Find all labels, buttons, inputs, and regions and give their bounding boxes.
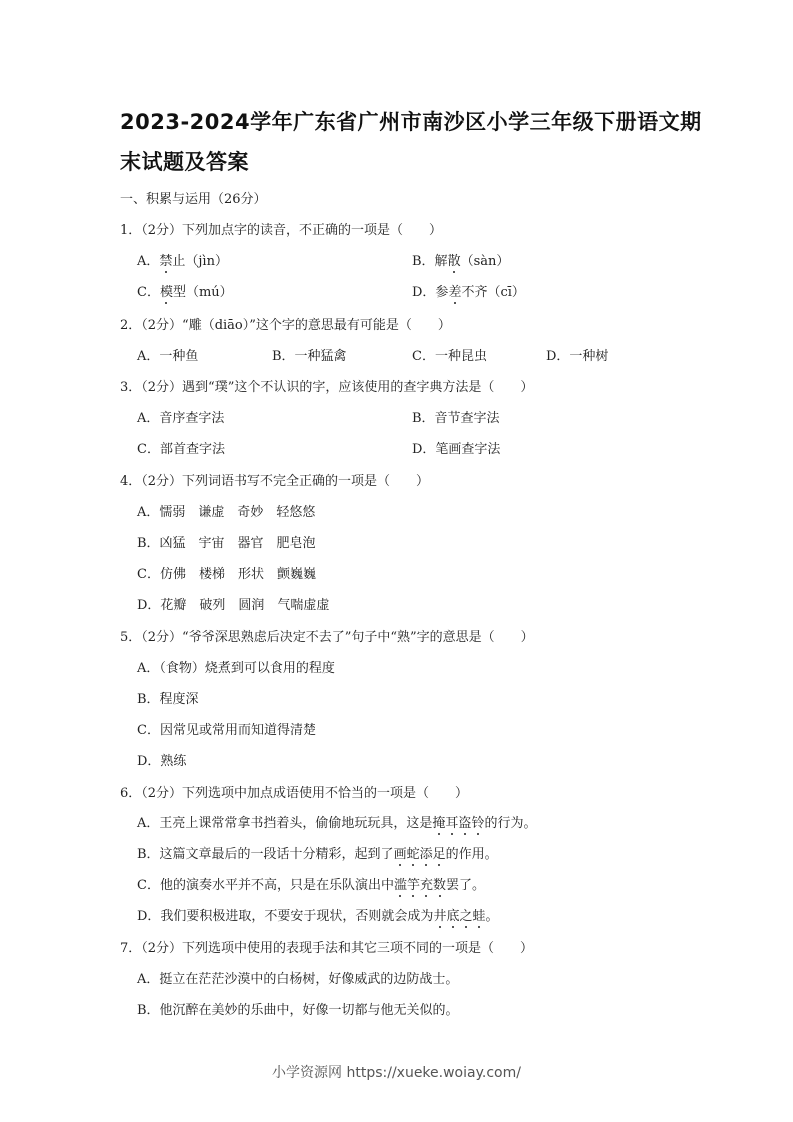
dotted-char: 画 [394, 847, 407, 862]
question-5-option-c: C．因常见或常用而知道得清楚 [137, 719, 316, 738]
question-1-option-a: A．禁止（jìn） [137, 250, 228, 269]
question-6-option-b: B．这篇文章最后的一段话十分精彩，起到了画蛇添足的作用。 [137, 843, 498, 862]
question-2-option-d: D．一种树 [546, 345, 608, 364]
question-5-stem: 5．（2分）“爷爷深思熟虑后决定不去了”句子中“熟”字的意思是（ ） [120, 626, 534, 645]
question-4-option-c: C．仿佛 楼梯 形状 颤巍巍 [137, 563, 316, 582]
question-2-option-c: C．一种昆虫 [412, 345, 487, 364]
dotted-char: 滥 [394, 878, 407, 893]
dotted-char: 蛇 [407, 847, 420, 862]
dotted-idiom: 掩耳盗铃 [432, 816, 484, 831]
option-suffix: 型（mú） [173, 285, 233, 300]
dotted-char: 耳 [445, 816, 458, 831]
dotted-char: 禁 [159, 254, 172, 269]
document-title-line1: 2023-2024学年广东省广州市南沙区小学三年级下册语文期 [120, 106, 690, 136]
question-4-stem: 4．（2分）下列词语书写不完全正确的一项是（ ） [120, 470, 429, 489]
question-7-option-b: B．他沉醉在美妙的乐曲中，好像一切都与他无关似的。 [137, 999, 459, 1018]
question-6-option-c: C．他的演奏水平并不高，只是在乐队演出中滥竽充数罢了。 [137, 874, 485, 893]
dotted-char: 充 [420, 878, 433, 893]
dotted-char: 添 [420, 847, 433, 862]
option-prefix: D．参 [412, 285, 448, 300]
option-suffix: （sàn） [461, 254, 510, 269]
dotted-char: 足 [433, 847, 446, 862]
dotted-char: 蛙 [472, 909, 485, 924]
option-suffix: 的行为。 [484, 816, 536, 831]
question-3-option-a: A．音序查字法 [137, 407, 224, 426]
dotted-idiom: 画蛇添足 [394, 847, 446, 862]
option-prefix: A．王亮上课常常拿书挡着头，偷偷地玩玩具，这是 [137, 816, 432, 831]
option-prefix: B．这篇文章最后的一段话十分精彩，起到了 [137, 847, 394, 862]
question-3-stem: 3．（2分）遇到“璞”这个不认识的字，应该使用的查字典方法是（ ） [120, 376, 533, 395]
question-2-stem: 2．（2分）“雕（diāo）”这个字的意思最有可能是（ ） [120, 314, 451, 333]
question-7-option-a: A．挺立在茫茫沙漠中的白杨树，好像威武的边防战士。 [137, 968, 458, 987]
section-heading: 一、积累与运用（26分） [120, 188, 267, 207]
option-prefix: B．解 [412, 254, 448, 269]
option-suffix: 止（jìn） [172, 254, 228, 269]
option-prefix: D．我们要积极进取，不要安于现状，否则就会成为 [137, 909, 433, 924]
dotted-char: 差 [448, 285, 461, 300]
question-5-option-a: A．（食物）烧煮到可以食用的程度 [137, 657, 335, 676]
question-4-option-b: B．凶猛 宇宙 器官 肥皂泡 [137, 532, 316, 551]
question-5-option-d: D．熟练 [137, 750, 186, 769]
option-suffix: 。 [486, 909, 499, 924]
question-4-option-d: D．花瓣 破列 圆润 气喘虚虚 [137, 594, 329, 613]
document-page: 2023-2024学年广东省广州市南沙区小学三年级下册语文期 末试题及答案 一、… [0, 0, 793, 1122]
dotted-char: 井 [433, 909, 446, 924]
document-title-line2: 末试题及答案 [120, 146, 690, 176]
option-suffix: 的作用。 [446, 847, 498, 862]
dotted-char: 数 [433, 878, 446, 893]
dotted-char: 模 [160, 285, 173, 300]
question-3-option-b: B．音节查字法 [412, 407, 500, 426]
question-3-option-c: C．部首查字法 [137, 438, 225, 457]
question-7-stem: 7．（2分）下列选项中使用的表现手法和其它三项不同的一项是（ ） [120, 937, 533, 956]
option-suffix: 罢了。 [446, 878, 485, 893]
dotted-char: 铃 [471, 816, 484, 831]
question-6-option-d: D．我们要积极进取，不要安于现状，否则就会成为井底之蛙。 [137, 905, 499, 924]
question-1-option-b: B．解散（sàn） [412, 250, 509, 269]
question-2-option-a: A．一种鱼 [137, 345, 198, 364]
dotted-idiom: 滥竽充数 [394, 878, 446, 893]
question-2-option-b: B．一种猛禽 [272, 345, 347, 364]
option-prefix: C．他的演奏水平并不高，只是在乐队演出中 [137, 878, 394, 893]
dotted-char: 盗 [458, 816, 471, 831]
footer-watermark: 小学资源网 https://xueke.woiay.com/ [0, 1062, 793, 1082]
option-suffix: 不齐（cī） [461, 285, 524, 300]
question-4-option-a: A．懦弱 谦虚 奇妙 轻悠悠 [137, 501, 315, 520]
dotted-char: 底 [446, 909, 459, 924]
question-6-stem: 6．（2分）下列选项中加点成语使用不恰当的一项是（ ） [120, 782, 468, 801]
dotted-char: 掩 [432, 816, 445, 831]
question-6-option-a: A．王亮上课常常拿书挡着头，偷偷地玩玩具，这是掩耳盗铃的行为。 [137, 812, 536, 831]
dotted-char: 之 [459, 909, 472, 924]
question-3-option-d: D．笔画查字法 [412, 438, 500, 457]
dotted-char: 散 [448, 254, 461, 269]
option-prefix: A． [137, 254, 159, 269]
question-1-option-d: D．参差不齐（cī） [412, 281, 525, 300]
dotted-idiom: 井底之蛙 [433, 909, 485, 924]
question-5-option-b: B．程度深 [137, 688, 199, 707]
option-prefix: C． [137, 285, 160, 300]
question-1-option-c: C．模型（mú） [137, 281, 233, 300]
dotted-char: 竽 [407, 878, 420, 893]
question-1-stem: 1．（2分）下列加点字的读音，不正确的一项是（ ） [120, 219, 442, 238]
